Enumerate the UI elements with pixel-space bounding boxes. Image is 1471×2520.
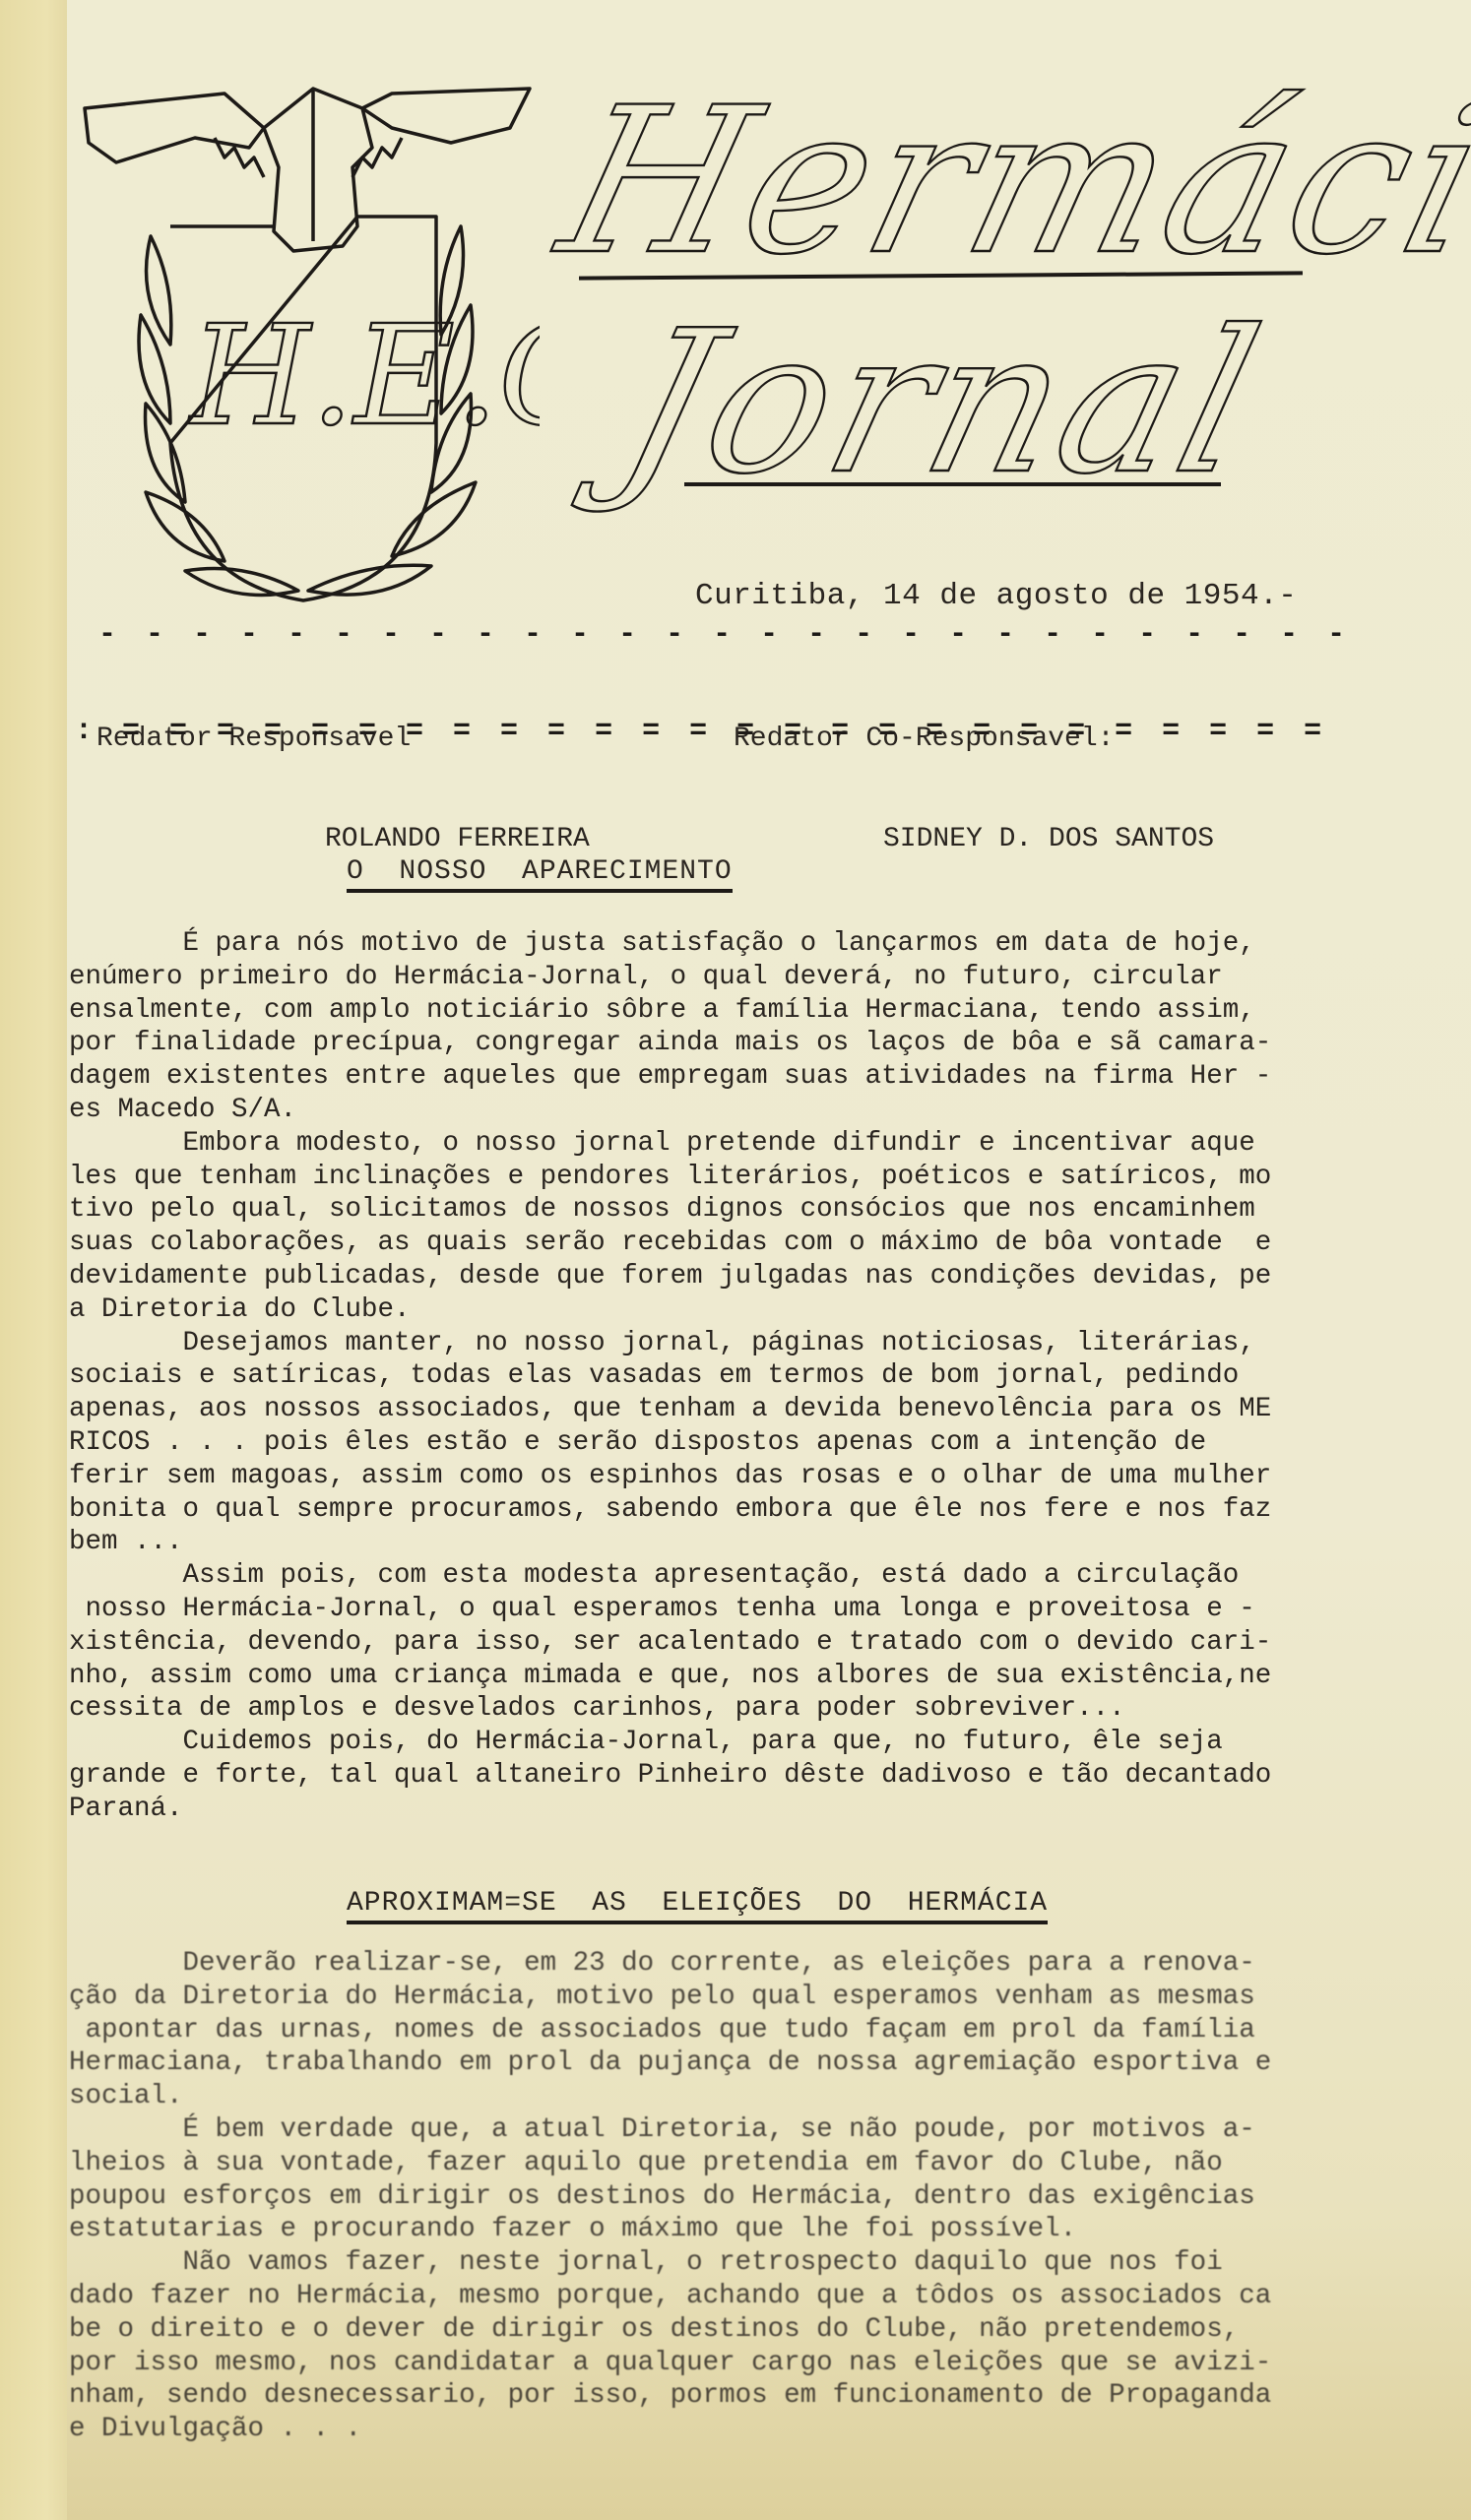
article-heading-eleicoes: APROXIMAM=SE AS ELEIÇÕES DO HERMÁCIA bbox=[347, 1888, 1048, 1924]
editor-co-responsible: Redator Co-Responsavel: SIDNEY D. DOS SA… bbox=[734, 656, 1214, 890]
editor-responsible-name: ROLANDO FERREIRA bbox=[96, 823, 590, 856]
masthead-title-line1: Hermácia bbox=[543, 69, 1471, 295]
article-body-eleicoes: Deverão realizar-se, em 23 do corrente, … bbox=[69, 1947, 1438, 2446]
emblem-initials: H.E.C. bbox=[187, 296, 540, 457]
separator-double-dashes: : = = = = = = = = = = = = = = = = = = = … bbox=[75, 715, 1345, 748]
masthead: Hermácia Jornal bbox=[532, 69, 1359, 522]
scan-margin-strip bbox=[0, 0, 67, 2520]
masthead-title-line2: Jornal bbox=[604, 295, 1280, 512]
editor-responsible: Redator Responsavel ROLANDO FERREIRA bbox=[96, 656, 590, 890]
article-body-aparecimento: É para nós motivo de justa satisfação o … bbox=[69, 927, 1438, 1826]
separator-dashes: - - - - - - - - - - - - - - - - - - - - … bbox=[98, 618, 1369, 652]
editor-co-responsible-name: SIDNEY D. DOS SANTOS bbox=[734, 823, 1214, 856]
club-emblem-icon: H.E.C. bbox=[77, 69, 540, 620]
article-heading-aparecimento: O NOSSO APARECIMENTO bbox=[347, 856, 733, 893]
issue-date: Curitiba, 14 de agosto de 1954.- bbox=[695, 579, 1297, 613]
title-underline-2 bbox=[684, 482, 1221, 486]
